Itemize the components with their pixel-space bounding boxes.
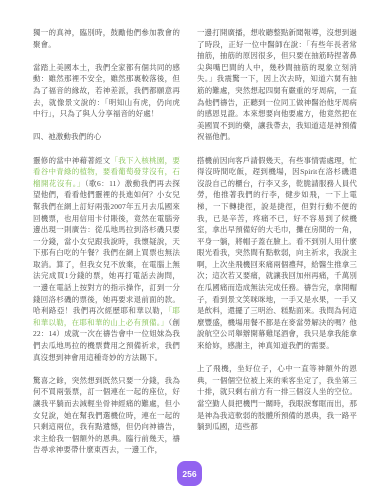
page-number-badge: 256	[177, 461, 202, 486]
paragraph: 搭機前因向客戶請假幾天，有些事情需處理，忙得沒時間吃飯，趕到機場，因Spirit…	[197, 155, 357, 352]
paragraph: 上了飛機，坐好位子，心中一直等神額外的恩典，一個個空位被上來的乘客坐定了，我坐第…	[197, 363, 357, 433]
text-columns: 獨一的真神，臨別時，鼓勵他們參加教會的聚會。當踏上美國本土，我們全家都有個共同的…	[33, 27, 357, 468]
text-run: 一邊打開廣播，想收聽整點新聞報導，沒想到過了時段，正好一位中醫師在說：「有些年長…	[197, 28, 357, 141]
left-column: 獨一的真神，臨別時，鼓勵他們參加教會的聚會。當踏上美國本土，我們全家都有個共同的…	[33, 27, 180, 468]
paragraph: 當踏上美國本土，我們全家都有個共同的感動：雖然那裡不安全，雖然那裏較落後，但為了…	[33, 62, 180, 120]
text-run: 四、祂激動我們的心	[33, 132, 101, 141]
text-run: 上了飛機，坐好位子，心中一直等神額外的恩典，一個個空位被上來的乘客坐定了，我坐第…	[197, 364, 357, 431]
book-page: 獨一的真神，臨別時，鼓勵他們參加教會的聚會。當踏上美國本土，我們全家都有個共同的…	[0, 0, 380, 492]
text-run: 驚喜之餘，突然想到既然只要一分錢，我為何不買兩張票，訂一個連在一起的座位，好讓我…	[33, 376, 180, 455]
paragraph: 獨一的真神，臨別時，鼓勵他們參加教會的聚會。	[33, 27, 180, 50]
page-number: 256	[182, 469, 196, 479]
paragraph: 驚喜之餘，突然想到既然只要一分錢，我為何不買兩張票，訂一個連在一起的座位，好讓我…	[33, 375, 180, 456]
right-column: 一邊打開廣播，想收聽整點新聞報導，沒想到過了時段，正好一位中醫師在說：「有些年長…	[197, 27, 357, 468]
text-run: （歌6：11）激動我們再去探望他們，看看他們靈裡的長進如何？小女兒幫我們在網上訂…	[33, 179, 180, 316]
text-run: 獨一的真神，臨別時，鼓勵他們參加教會的聚會。	[33, 28, 180, 49]
text-run: 靈修的當中神藉著經文	[33, 156, 110, 165]
text-run: 當踏上美國本土，我們全家都有個共同的感動：雖然那裡不安全，雖然那裏較落後，但為了…	[33, 63, 180, 118]
paragraph: 靈修的當中神藉著經文「我下入核桃園，要看谷中青綠的植物，要看葡萄發芽沒有，石榴開…	[33, 155, 180, 364]
paragraph: 一邊打開廣播，想收聽整點新聞報導，沒想到過了時段，正好一位中醫師在說：「有些年長…	[197, 27, 357, 143]
section-heading: 四、祂激動我們的心	[33, 131, 180, 143]
text-run: 搭機前因向客戶請假幾天，有些事情需處理，忙得沒時間吃飯，趕到機場，因Spirit…	[197, 156, 357, 351]
